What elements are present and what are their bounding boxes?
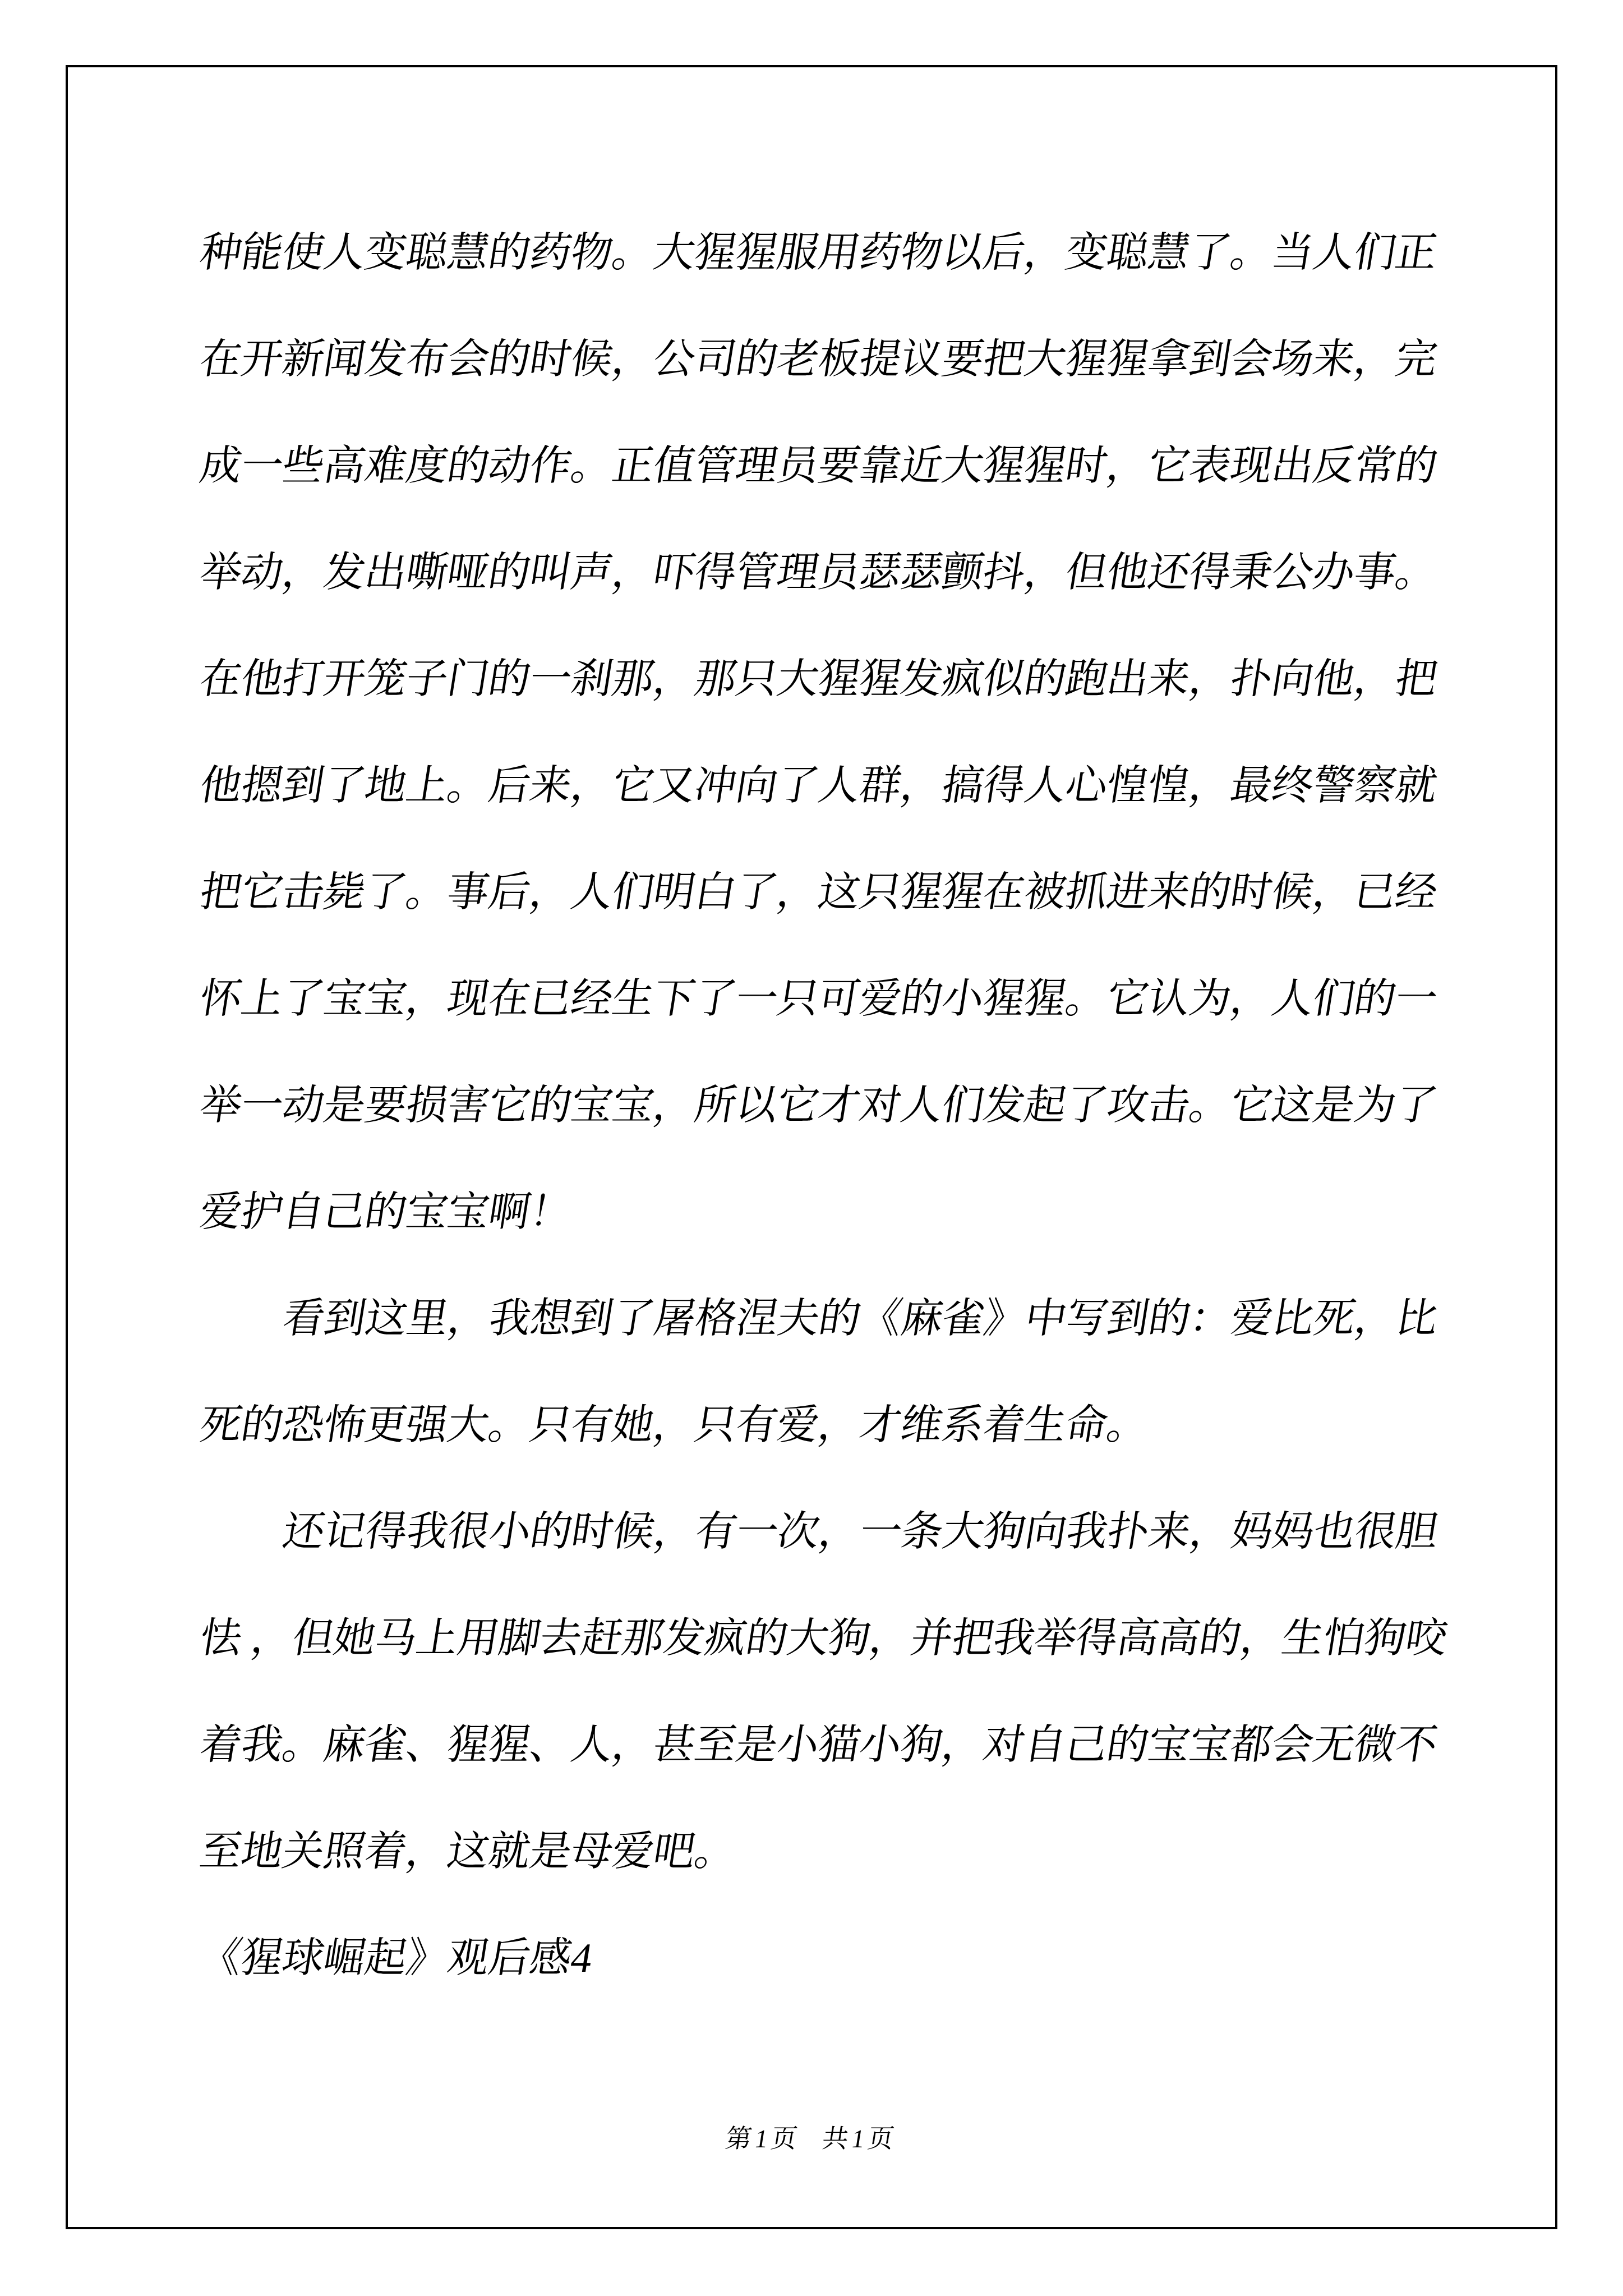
- text-line: 把它击毙了。事后，人们明白了，这只猩猩在被抓进来的时候，已经: [192, 839, 1448, 946]
- text-line: 举一动是要损害它的宝宝，所以它才对人们发起了攻击。它这是为了: [192, 1052, 1448, 1159]
- text-line: 成一些高难度的动作。正值管理员要靠近大猩猩时，它表现出反常的: [192, 413, 1448, 519]
- page-number-footer: 第1页 共1页: [0, 2119, 1623, 2159]
- text-line: 种能使人变聪慧的药物。大猩猩服用药物以后，变聪慧了。当人们正: [192, 200, 1448, 306]
- section-heading-line: 《猩球崛起》观后感4: [192, 1905, 1448, 2012]
- document-page: { "page": { "background_color": "#ffffff…: [0, 0, 1623, 2296]
- text-line: 着我。麻雀、猩猩、人，甚至是小猫小狗，对自己的宝宝都会无微不: [192, 1692, 1448, 1798]
- text-line: 举动，发出嘶哑的叫声，吓得管理员瑟瑟颤抖，但他还得秉公办事。: [192, 519, 1448, 626]
- paragraph-end-line: 死的恐怖更强大。只有她，只有爱，才维系着生命。: [192, 1372, 1448, 1479]
- text-line: 他摁到了地上。后来，它又冲向了人群，搞得人心惶惶，最终警察就: [192, 733, 1448, 839]
- text-line: 在他打开笼子门的一刹那，那只大猩猩发疯似的跑出来，扑向他，把: [192, 626, 1448, 733]
- document-body: 种能使人变聪慧的药物。大猩猩服用药物以后，变聪慧了。当人们正 在开新闻发布会的时…: [200, 200, 1440, 2012]
- text-line: 怀上了宝宝，现在已经生下了一只可爱的小猩猩。它认为，人们的一: [192, 946, 1448, 1052]
- paragraph-end-line: 爱护自己的宝宝啊！: [192, 1159, 1448, 1266]
- paragraph-start-line: 还记得我很小的时候，有一次，一条大狗向我扑来，妈妈也很胆: [192, 1479, 1448, 1585]
- text-line: 怯 ，但她马上用脚去赶那发疯的大狗，并把我举得高高的，生怕狗咬: [192, 1585, 1448, 1692]
- text-line: 在开新闻发布会的时候，公司的老板提议要把大猩猩拿到会场来，完: [192, 306, 1448, 413]
- paragraph-start-line: 看到这里，我想到了屠格涅夫的《麻雀》中写到的：爱比死，比: [192, 1266, 1448, 1372]
- paragraph-end-line: 至地关照着，这就是母爱吧。: [192, 1798, 1448, 1905]
